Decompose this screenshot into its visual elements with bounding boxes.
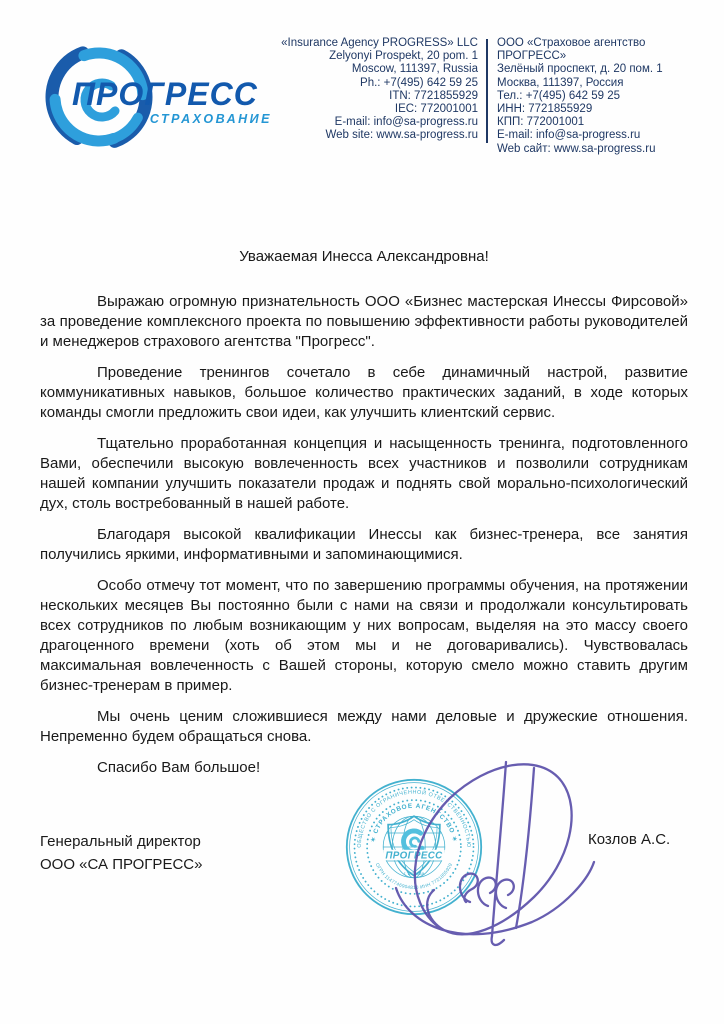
contact-line: «Insurance Agency PROGRESS» LLC [278, 37, 478, 50]
paragraph: Мы очень ценим сложившиеся между нами де… [40, 707, 688, 747]
company-logo: ПРОГРЕСС СТРАХОВАНИЕ [40, 36, 270, 161]
contact-line: Зелёный проспект, д. 20 пом. 1 [497, 63, 712, 76]
salutation: Уважаемая Инесса Александровна! [40, 247, 688, 267]
contact-line: Web сайт: www.sa-progress.ru [497, 143, 712, 156]
contact-line: E-mail: info@sa-progress.ru [497, 129, 712, 142]
contact-line: Zelyonyi Prospekt, 20 pom. 1 [278, 50, 478, 63]
letter-page: ПРОГРЕСС СТРАХОВАНИЕ «Insurance Agency P… [0, 0, 724, 1024]
contact-block-russian: ООО «Страховое агентство ПРОГРЕСС» Зелён… [497, 37, 712, 156]
contact-line: Тел.: +7(495) 642 59 25 [497, 90, 712, 103]
paragraph: Выражаю огромную признательность ООО «Би… [40, 292, 688, 352]
signatory-company-line: ООО «СА ПРОГРЕСС» [40, 854, 202, 877]
contact-block-english: «Insurance Agency PROGRESS» LLC Zelyonyi… [278, 37, 478, 143]
signer-name: Козлов А.С. [588, 831, 670, 848]
logo-title: ПРОГРЕСС [72, 76, 270, 113]
header-divider [486, 39, 488, 143]
paragraph: Особо отмечу тот момент, что по завершен… [40, 576, 688, 696]
contact-line: КПП: 772001001 [497, 116, 712, 129]
signatory-title-line: Генеральный директор [40, 831, 202, 854]
contact-line: Moscow, 111397, Russia [278, 63, 478, 76]
logo-subtitle: СТРАХОВАНИЕ [72, 112, 272, 126]
handwritten-signature [382, 750, 602, 950]
contact-line: Москва, 111397, Россия [497, 77, 712, 90]
contact-line: Web site: www.sa-progress.ru [278, 129, 478, 142]
paragraph: Благодаря высокой квалификации Инессы ка… [40, 525, 688, 565]
contact-line: E-mail: info@sa-progress.ru [278, 116, 478, 129]
paragraph: Проведение тренингов сочетало в себе дин… [40, 363, 688, 423]
contact-line: ООО «Страховое агентство ПРОГРЕСС» [497, 37, 712, 63]
letter-body: Уважаемая Инесса Александровна! Выражаю … [40, 247, 688, 789]
contact-line: Ph.: +7(495) 642 59 25 [278, 77, 478, 90]
contact-line: IEC: 772001001 [278, 103, 478, 116]
paragraph: Тщательно проработанная концепция и насы… [40, 434, 688, 514]
contact-line: ИНН: 7721855929 [497, 103, 712, 116]
signatory-title: Генеральный директор ООО «СА ПРОГРЕСС» [40, 831, 202, 876]
contact-line: ITN: 7721855929 [278, 90, 478, 103]
